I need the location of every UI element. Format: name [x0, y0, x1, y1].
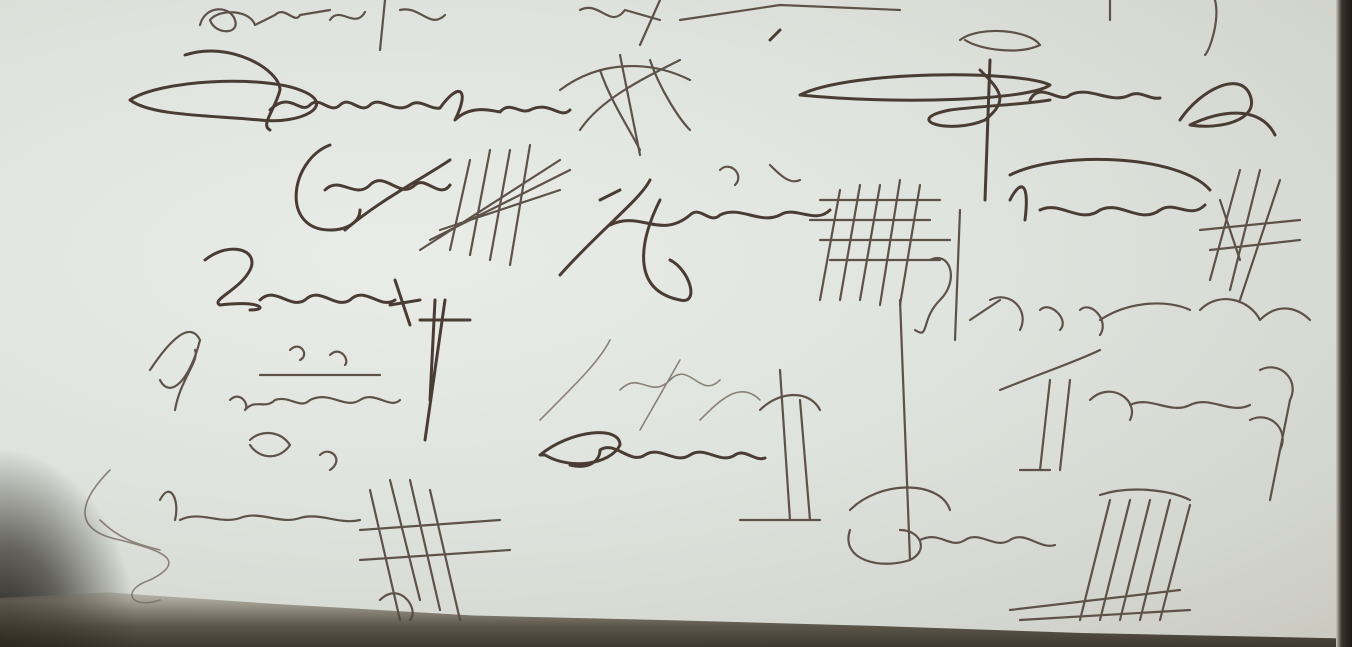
- signature-boinsard: Boinsard: [240, 390, 303, 406]
- signature-bonnet: Bonnet: [560, 445, 611, 461]
- signature-ink-layer: [0, 0, 1352, 647]
- signature-cheguo: Cheguo: [290, 170, 344, 186]
- signature-bisffeny: Bisf Feny: [990, 300, 1056, 316]
- signature-boucher: Le Boucher: [600, 200, 682, 216]
- signature-vebecon: Vebecon: [1100, 395, 1160, 411]
- manuscript-photo: (partial signatures along top edge) Dema…: [0, 0, 1352, 647]
- signature-delaune: Jo. Delaune: [970, 85, 1051, 101]
- signature-albinor: Albinor: [160, 505, 212, 521]
- signature-demarchy: Demarchy: [270, 95, 343, 111]
- signature-garnier: Garnier: [880, 530, 935, 546]
- signature-barrat: Barrat: [210, 285, 256, 301]
- signature-fromet: Fromet: [1020, 195, 1072, 211]
- page-right-edge: [1336, 0, 1352, 647]
- signature-auffe: Auffe: [620, 380, 657, 396]
- signature-top-line: (partial signatures along top edge): [200, 5, 447, 21]
